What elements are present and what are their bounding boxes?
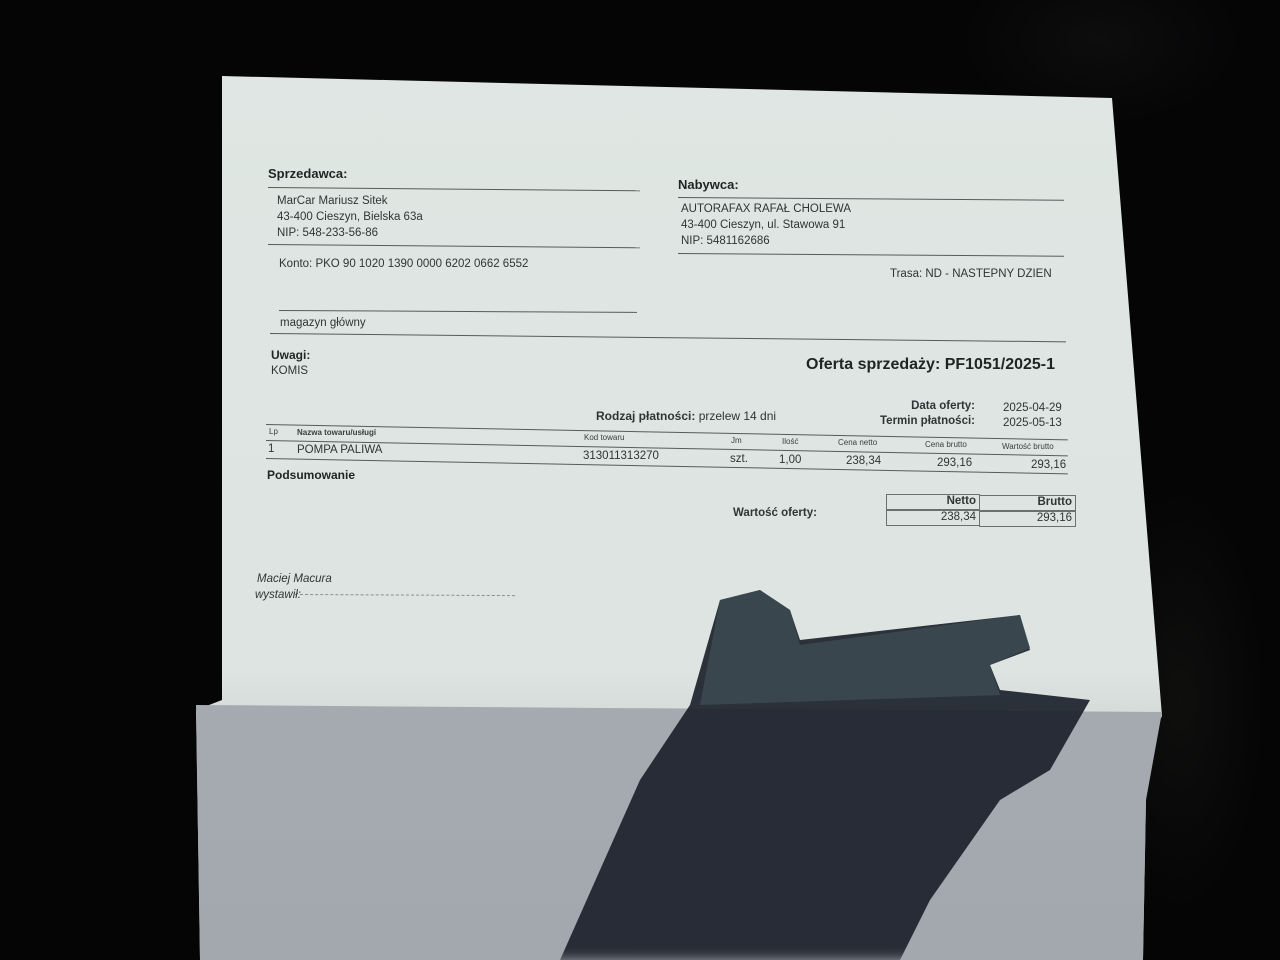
cell-name: POMPA PALIWA (297, 444, 382, 456)
seller-name: MarCar Mariusz Sitek (277, 195, 388, 207)
cell-lp: 1 (268, 443, 274, 455)
offer-date-value: 2025-04-29 (1003, 402, 1062, 414)
cell-unit: szt. (730, 453, 748, 465)
brutto-value: 293,16 (1037, 512, 1072, 524)
col-header-unit: Jm (731, 436, 742, 445)
seller-address: 43-400 Cieszyn, Bielska 63a (277, 211, 423, 223)
document-title: Oferta sprzedaży: PF1051/2025-1 (806, 356, 1055, 374)
netto-header-cell: Netto (886, 494, 980, 510)
due-date-value: 2025-05-13 (1003, 417, 1062, 429)
col-header-lp: Lp (269, 427, 278, 436)
seller-heading: Sprzedawca: (268, 166, 347, 181)
warehouse: magazyn główny (280, 317, 366, 329)
seller-account: Konto: PKO 90 1020 1390 0000 6202 0662 6… (279, 258, 528, 270)
netto-value: 238,34 (941, 511, 976, 523)
col-header-name: Nazwa towaru/usługi (297, 428, 376, 437)
col-header-code: Kod towaru (584, 433, 624, 442)
issuer-label: wystawił: (255, 589, 301, 601)
offer-value-label: Wartość oferty: (733, 507, 817, 519)
summary-heading: Podsumowanie (267, 468, 355, 482)
brutto-value-cell: 293,16 (979, 511, 1076, 527)
seller-nip: NIP: 548-233-56-86 (277, 227, 378, 239)
cell-gross-price: 293,16 (937, 457, 972, 469)
notes-value: KOMIS (271, 365, 308, 377)
buyer-heading: Nabywca: (678, 177, 739, 192)
brutto-label: Brutto (1038, 496, 1073, 508)
buyer-address: 43-400 Cieszyn, ul. Stawowa 91 (681, 219, 845, 231)
netto-label: Netto (947, 495, 976, 507)
netto-value-cell: 238,34 (886, 510, 980, 526)
cell-code: 313011313270 (583, 450, 659, 462)
payment-label: Rodzaj płatności: (596, 409, 695, 423)
buyer-nip: NIP: 5481162686 (681, 235, 770, 247)
payment-value: przelew 14 dni (699, 409, 776, 423)
buyer-name: AUTORAFAX RAFAŁ CHOLEWA (681, 203, 851, 215)
offer-date-label: Data oferty: (870, 400, 975, 412)
cell-qty: 1,00 (779, 454, 801, 466)
col-header-net-price: Cena netto (838, 438, 877, 447)
buyer-route: Trasa: ND - NASTEPNY DZIEN (890, 268, 1052, 280)
col-header-qty: Ilość (782, 437, 798, 446)
col-header-gross-value: Wartość brutto (1002, 442, 1054, 451)
cell-net-price: 238,34 (846, 455, 881, 467)
brutto-header-cell: Brutto (979, 495, 1076, 511)
due-date-label: Termin płatności: (845, 415, 975, 427)
cell-gross-value: 293,16 (1031, 459, 1066, 471)
col-header-gross-price: Cena brutto (925, 440, 967, 449)
issuer-name: Maciej Macura (257, 573, 332, 585)
notes-heading: Uwagi: (271, 348, 310, 362)
payment-method: Rodzaj płatności: przelew 14 dni (596, 409, 776, 423)
